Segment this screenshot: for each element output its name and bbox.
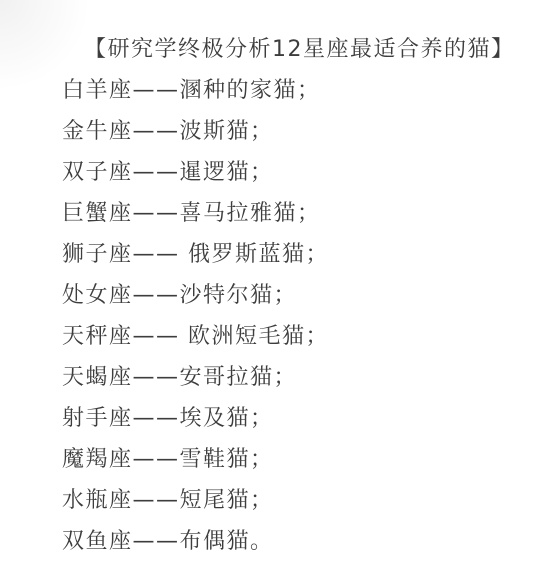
zodiac-sign: 双子座 — [62, 160, 133, 185]
zodiac-entry-aries: 白羊座——溷种的家猫； — [62, 70, 522, 111]
zodiac-sign: 魔羯座 — [62, 447, 133, 472]
zodiac-sign: 天秤座 — [62, 324, 133, 349]
zodiac-entry-libra: 天秤座—— 欧洲短毛猫； — [62, 316, 522, 357]
punctuation-mark: ； — [250, 447, 274, 472]
zodiac-entry-sagittarius: 射手座——埃及猫； — [62, 398, 522, 439]
dash-separator: —— — [133, 78, 180, 103]
dash-separator: —— — [133, 324, 189, 349]
cat-breed: 布偶猫 — [180, 529, 251, 554]
zodiac-sign: 狮子座 — [62, 242, 133, 267]
zodiac-entry-virgo: 处女座——沙特尔猫； — [62, 275, 522, 316]
zodiac-entry-cancer: 巨蟹座——喜马拉雅猫； — [62, 193, 522, 234]
post-title: 【研究学终极分析12星座最适合养的猫】 — [84, 29, 522, 70]
dash-separator: —— — [133, 406, 180, 431]
text-post: 【研究学终极分析12星座最适合养的猫】 白羊座——溷种的家猫； 金牛座——波斯猫… — [0, 0, 536, 577]
zodiac-sign: 水瓶座 — [62, 488, 133, 513]
zodiac-entry-capricorn: 魔羯座——雪鞋猫； — [62, 439, 522, 480]
cat-breed: 喜马拉雅猫 — [180, 201, 298, 226]
dash-separator: —— — [133, 160, 180, 185]
dash-separator: —— — [133, 119, 180, 144]
dash-separator: —— — [133, 488, 180, 513]
punctuation-mark: ； — [297, 78, 321, 103]
zodiac-sign: 天蝎座 — [62, 365, 133, 390]
cat-breed: 欧洲短毛猫 — [188, 324, 306, 349]
punctuation-mark: ； — [250, 160, 274, 185]
zodiac-entry-gemini: 双子座——暹逻猫； — [62, 152, 522, 193]
zodiac-entry-aquarius: 水瓶座——短尾猫； — [62, 480, 522, 521]
zodiac-entry-scorpio: 天蝎座——安哥拉猫； — [62, 357, 522, 398]
zodiac-entry-taurus: 金牛座——波斯猫； — [62, 111, 522, 152]
zodiac-sign: 巨蟹座 — [62, 201, 133, 226]
cat-breed: 沙特尔猫 — [180, 283, 274, 308]
zodiac-sign: 双鱼座 — [62, 529, 133, 554]
punctuation-mark: ； — [250, 119, 274, 144]
punctuation-mark: 。 — [250, 529, 274, 554]
cat-breed: 安哥拉猫 — [180, 365, 274, 390]
zodiac-sign: 白羊座 — [62, 78, 133, 103]
zodiac-sign: 处女座 — [62, 283, 133, 308]
dash-separator: —— — [133, 242, 189, 267]
cat-breed: 溷种的家猫 — [180, 78, 298, 103]
cat-breed: 俄罗斯蓝猫 — [188, 242, 306, 267]
zodiac-sign: 金牛座 — [62, 119, 133, 144]
punctuation-mark: ； — [306, 324, 330, 349]
punctuation-mark: ； — [306, 242, 330, 267]
dash-separator: —— — [133, 283, 180, 308]
dash-separator: —— — [133, 529, 180, 554]
punctuation-mark: ； — [297, 201, 321, 226]
punctuation-mark: ； — [250, 406, 274, 431]
dash-separator: —— — [133, 365, 180, 390]
zodiac-sign: 射手座 — [62, 406, 133, 431]
punctuation-mark: ； — [274, 365, 298, 390]
zodiac-entry-pisces: 双鱼座——布偶猫。 — [62, 521, 522, 562]
cat-breed: 波斯猫 — [180, 119, 251, 144]
dash-separator: —— — [133, 447, 180, 472]
punctuation-mark: ； — [250, 488, 274, 513]
zodiac-entry-leo: 狮子座—— 俄罗斯蓝猫； — [62, 234, 522, 275]
cat-breed: 埃及猫 — [180, 406, 251, 431]
cat-breed: 短尾猫 — [180, 488, 251, 513]
dash-separator: —— — [133, 201, 180, 226]
cat-breed: 暹逻猫 — [180, 160, 251, 185]
punctuation-mark: ； — [274, 283, 298, 308]
cat-breed: 雪鞋猫 — [180, 447, 251, 472]
